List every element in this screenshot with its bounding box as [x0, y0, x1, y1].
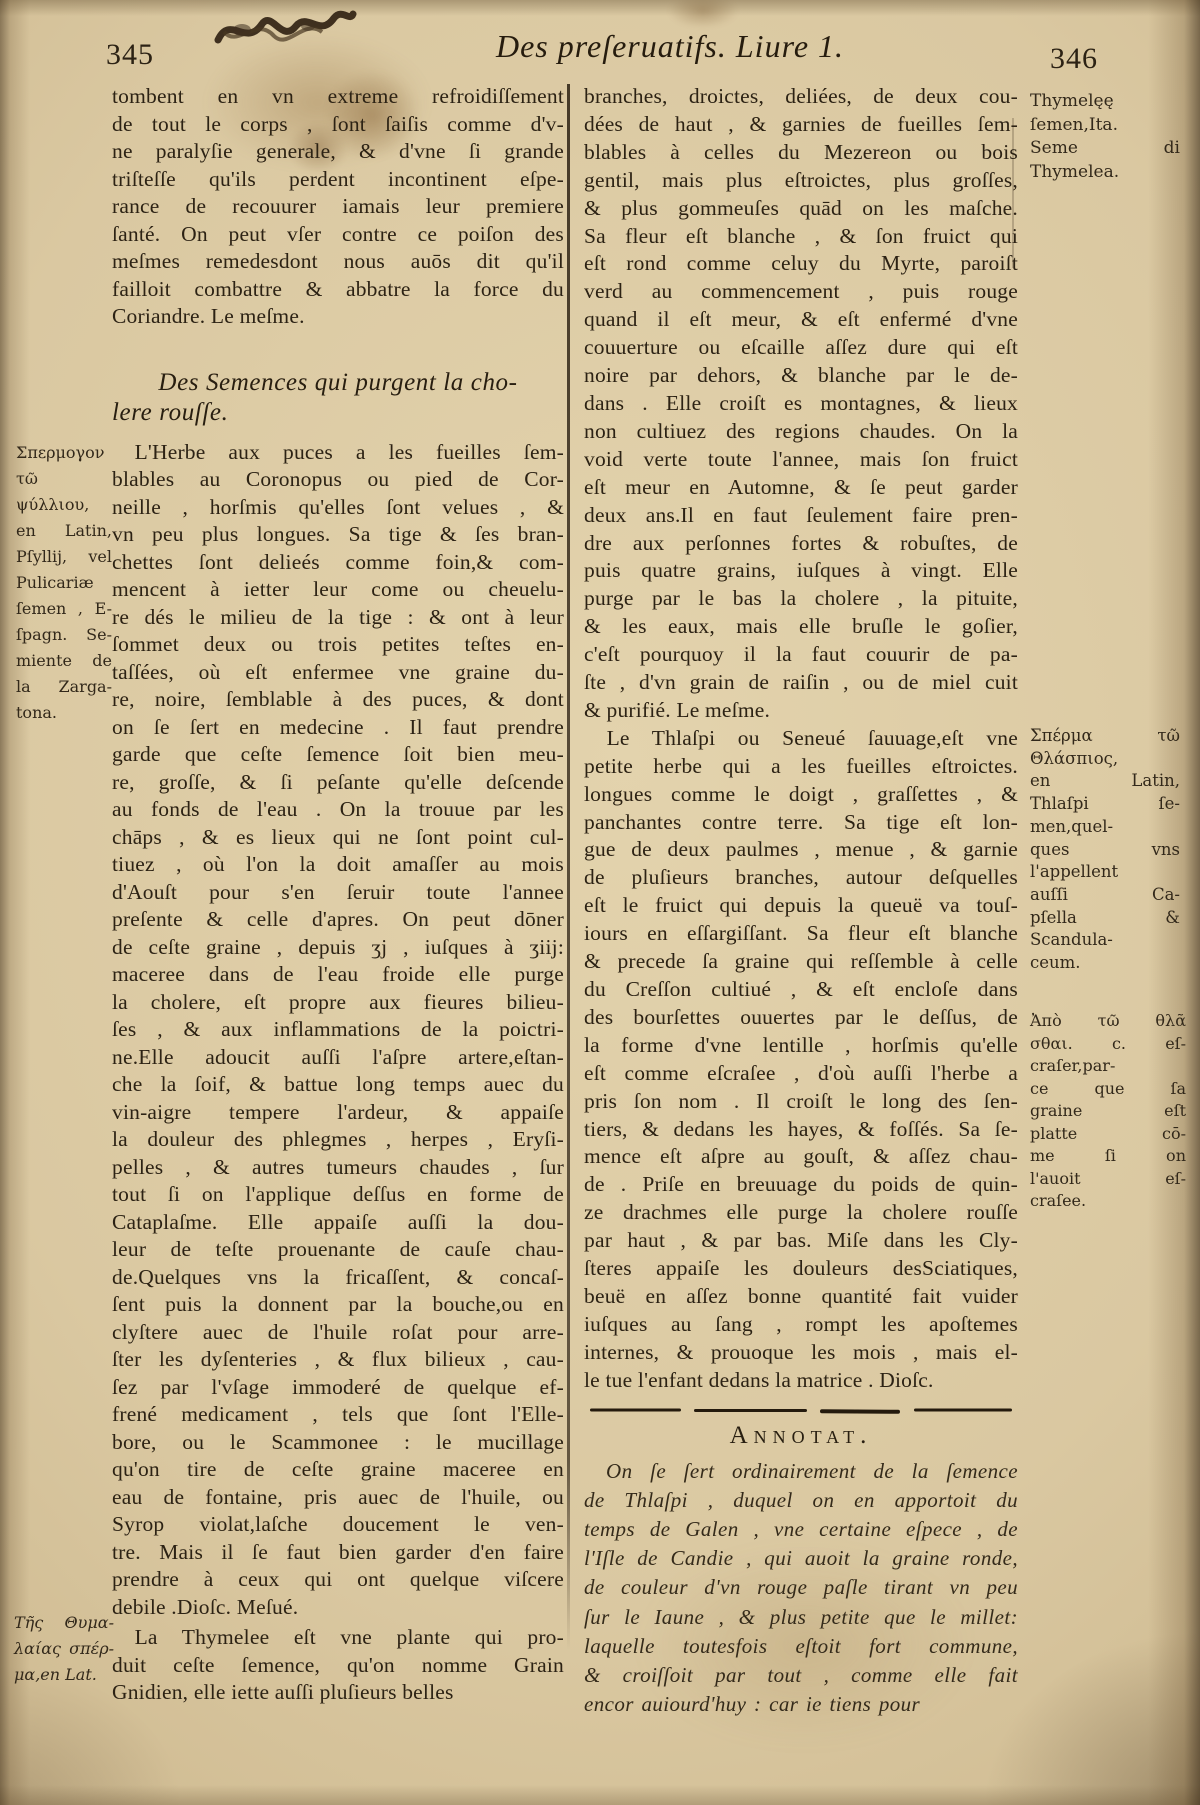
book-page: 345 Des preſeruatifs. Liure 1. 346 Σπερμ…: [0, 0, 1200, 1805]
page-number-left: 345: [106, 38, 154, 72]
section-heading: Des Semences qui purgent la cho-lere rou…: [112, 368, 564, 428]
annotat-heading: Annotat.: [584, 1422, 1018, 1450]
paragraph-thlaspi: Le Thlaſpi ou Seneué ſauuage,eſt vnepeti…: [584, 725, 1018, 1395]
paragraph-annotation: On ſe ſert ordinairement de la ſemencede…: [584, 1457, 1018, 1720]
column-divider-rule: [567, 84, 570, 1650]
paragraph-thymelee-continued: branches, droictes, deliées, de deux cou…: [584, 83, 1018, 725]
margin-note-thymelee-greek: Τῆς Θυμα-λαίας σπέρ-μα,en Lat.: [14, 1610, 114, 1688]
margin-note-thymelea-italian: Thymelęęſemen,Ita.Seme diThymelea.: [1030, 90, 1180, 184]
left-column: tombent en vn extreme refroidiſſementde …: [112, 83, 564, 1707]
running-title: Des preſeruatifs. Liure 1.: [270, 28, 1070, 65]
section-rule: [590, 1408, 1012, 1414]
margin-note-thlaspi-etymology: Ἀπὸ τῶ θλᾶσθαι. c. eſ-craſer,par-ce que …: [1030, 1010, 1186, 1213]
paper-stain: [668, 0, 738, 28]
paragraph-herbe-aux-puces: L'Herbe aux puces a les fueilles ſem-bla…: [112, 439, 564, 1622]
right-column: branches, droictes, deliées, de deux cou…: [584, 83, 1018, 1719]
paragraph-thymelee-start: La Thymelee eſt vne plante qui pro-duit …: [112, 1624, 564, 1707]
paragraph-coriandre-end: tombent en vn extreme refroidiſſementde …: [112, 83, 564, 331]
page-number-right: 346: [1050, 42, 1098, 76]
margin-note-thlaspi-latin: Σπέρμα τῶΘλάσπιος,en Latin,Thlaſpi ſe-me…: [1030, 725, 1180, 975]
margin-note-psyllium: Σπερμογοντῶ ψύλλιου,en Latin,Pſyllij, ve…: [16, 440, 112, 726]
